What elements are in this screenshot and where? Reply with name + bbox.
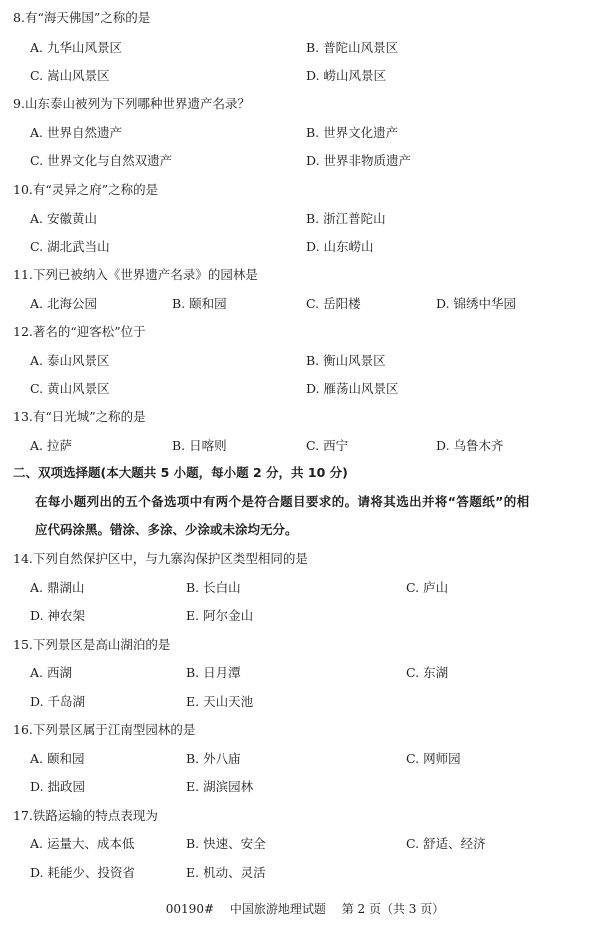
question-14: 14.下列自然保护区中，与九寨沟保护区类型相同的是: [13, 551, 308, 567]
q16-option-c: C. 网师园: [406, 751, 461, 767]
q8-option-d: D. 崂山风景区: [306, 68, 386, 84]
page-number: 第 2 页（共 3 页）: [342, 902, 445, 916]
q8-option-c: C. 嵩山风景区: [30, 68, 110, 84]
q16-option-b: B. 外八庙: [186, 751, 241, 767]
question-9: 9.山东泰山被列为下列哪种世界遗产名录？: [13, 96, 250, 112]
question-16: 16.下列景区属于江南型园林的是: [13, 722, 195, 738]
q9-option-c: C. 世界文化与自然双遗产: [30, 153, 172, 169]
q13-option-a: A. 拉萨: [30, 438, 72, 454]
section-2-heading: 二、双项选择题(本大题共 5 小题，每小题 2 分，共 10 分): [13, 465, 348, 481]
q13-option-b: B. 日喀则: [172, 438, 227, 454]
question-15: 15.下列景区是高山湖泊的是: [13, 637, 170, 653]
q9-option-a: A. 世界自然遗产: [30, 125, 122, 141]
q12-option-a: A. 泰山风景区: [30, 353, 109, 369]
exam-code: 00190#: [166, 902, 214, 916]
q17-option-a: A. 运量大、成本低: [30, 836, 134, 852]
q10-option-c: C. 湖北武当山: [30, 239, 110, 255]
q16-option-d: D. 拙政园: [30, 779, 85, 795]
q17-option-e: E. 机动、灵活: [186, 865, 266, 881]
q8-option-a: A. 九华山风景区: [30, 40, 122, 56]
section-2-instruction-line1: 在每小题列出的五个备选项中有两个是符合题目要求的。请将其选出并将“答题纸”的相: [35, 494, 530, 510]
question-13: 13.有“日光城”之称的是: [13, 409, 146, 425]
q14-option-c: C. 庐山: [406, 580, 448, 596]
q11-option-c: C. 岳阳楼: [306, 296, 361, 312]
question-8: 8.有“海天佛国”之称的是: [13, 10, 150, 26]
q9-option-d: D. 世界非物质遗产: [306, 153, 411, 169]
q15-option-d: D. 千岛湖: [30, 694, 85, 710]
q12-option-c: C. 黄山风景区: [30, 381, 110, 397]
q10-option-a: A. 安徽黄山: [30, 211, 97, 227]
q14-option-a: A. 鼎湖山: [30, 580, 84, 596]
q15-option-a: A. 西湖: [30, 665, 72, 681]
q15-option-c: C. 东湖: [406, 665, 448, 681]
q9-option-b: B. 世界文化遗产: [306, 125, 398, 141]
q14-option-b: B. 长白山: [186, 580, 241, 596]
q11-option-d: D. 锦绣中华园: [436, 296, 516, 312]
q11-option-a: A. 北海公园: [30, 296, 97, 312]
q11-option-b: B. 颐和园: [172, 296, 227, 312]
question-10: 10.有“灵异之府”之称的是: [13, 182, 158, 198]
section-2-instruction-line2: 应代码涂黑。错涂、多涂、少涂或未涂均无分。: [35, 522, 298, 538]
q12-option-d: D. 雁荡山风景区: [306, 381, 399, 397]
q10-option-b: B. 浙江普陀山: [306, 211, 386, 227]
question-11: 11.下列已被纳入《世界遗产名录》的园林是: [13, 267, 258, 283]
q12-option-b: B. 衡山风景区: [306, 353, 386, 369]
question-17: 17.铁路运输的特点表现为: [13, 808, 158, 824]
q15-option-b: B. 日月潭: [186, 665, 241, 681]
q13-option-c: C. 西宁: [306, 438, 348, 454]
exam-title: 中国旅游地理试题: [230, 902, 326, 916]
q17-option-c: C. 舒适、经济: [406, 836, 486, 852]
q16-option-e: E. 湖滨园林: [186, 779, 253, 795]
q13-option-d: D. 乌鲁木齐: [436, 438, 504, 454]
q17-option-d: D. 耗能少、投资省: [30, 865, 135, 881]
q10-option-d: D. 山东崂山: [306, 239, 374, 255]
question-12: 12.著名的“迎客松”位于: [13, 324, 146, 340]
q8-option-b: B. 普陀山风景区: [306, 40, 398, 56]
q14-option-e: E. 阿尔金山: [186, 608, 253, 624]
page-footer: 00190# 中国旅游地理试题 第 2 页（共 3 页）: [0, 901, 610, 917]
q17-option-b: B. 快速、安全: [186, 836, 266, 852]
q14-option-d: D. 神农架: [30, 608, 85, 624]
q16-option-a: A. 颐和园: [30, 751, 84, 767]
q15-option-e: E. 天山天池: [186, 694, 253, 710]
